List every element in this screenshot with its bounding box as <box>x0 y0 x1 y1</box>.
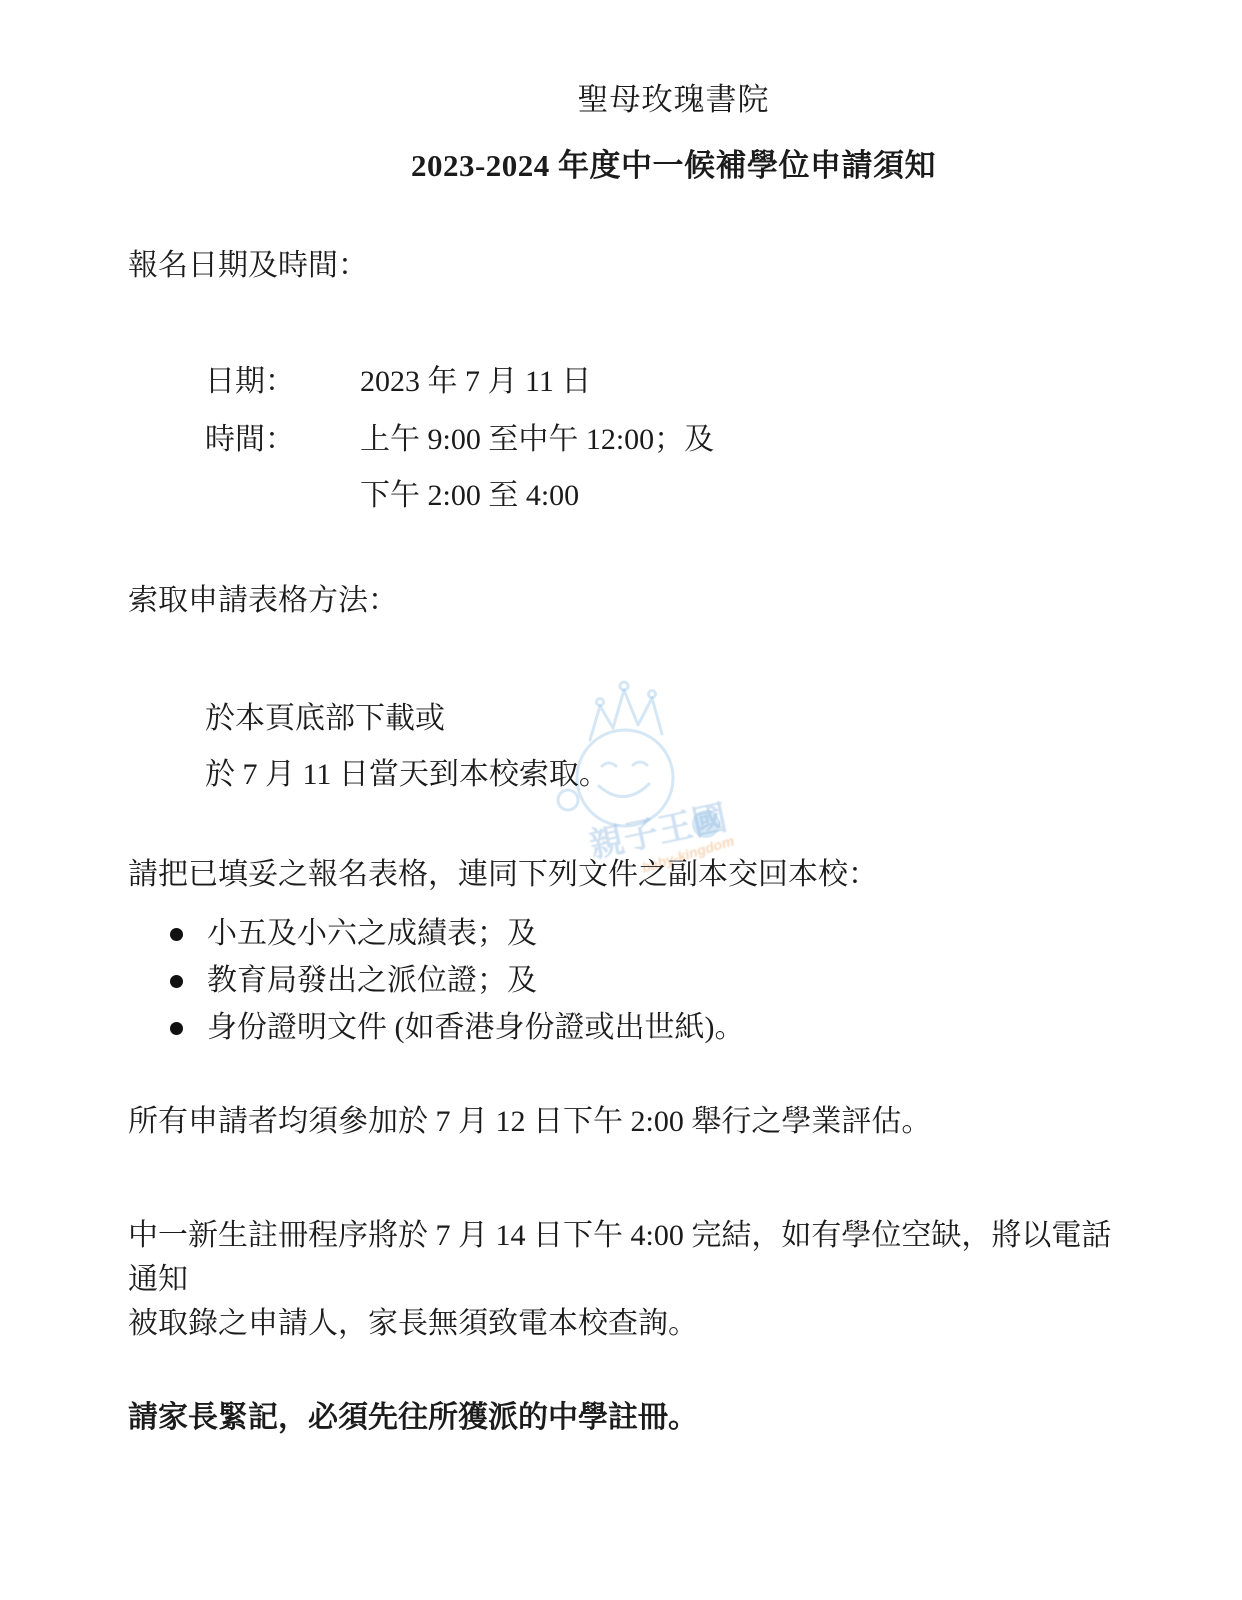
time-value-line2: 下午 2:00 至 4:00 <box>360 478 1117 514</box>
deadline-line2: 被取錄之申請人，家長無須致電本校查詢。 <box>128 1302 1117 1346</box>
documents-intro: 請把已填妥之報名表格，連同下列文件之副本交回本校： <box>128 857 1117 893</box>
form-method-download: 於本頁底部下載或 <box>205 701 1117 737</box>
title-block: 聖母玫瑰書院 2023-2024 年度中一候補學位申請須知 <box>128 80 1117 186</box>
date-value: 2023 年 7 月 11 日 <box>360 364 1117 400</box>
forms-heading: 索取申請表格方法： <box>128 583 1117 619</box>
notice-title: 2023-2024 年度中一候補學位申請須知 <box>230 146 1117 186</box>
deadline-paragraph: 中一新生註冊程序將於 7 月 14 日下午 4:00 完結，如有學位空缺，將以電… <box>128 1214 1117 1346</box>
date-row: 日期： 2023 年 7 月 11 日 <box>205 364 1117 400</box>
registration-heading: 報名日期及時間： <box>128 248 1117 284</box>
list-item: 小五及小六之成績表；及 <box>168 916 1117 952</box>
parent-reminder: 請家長緊記，必須先往所獲派的中學註冊。 <box>128 1400 1117 1436</box>
time-label: 時間： <box>205 422 360 458</box>
form-method-in-person: 於 7 月 11 日當天到本校索取。 <box>205 757 1117 793</box>
school-name: 聖母玫瑰書院 <box>230 80 1117 120</box>
document-page: 親子王國 baby-kingdom 聖母玫瑰書院 2023-2024 年度中一候… <box>0 0 1242 1600</box>
list-item: 身份證明文件 (如香港身份證或出世紙)。 <box>168 1010 1117 1046</box>
assessment-note: 所有申請者均須參加於 7 月 12 日下午 2:00 舉行之學業評估。 <box>128 1104 1117 1140</box>
time-row: 時間： 上午 9:00 至中午 12:00；及 <box>205 422 1117 458</box>
time-value-line1: 上午 9:00 至中午 12:00；及 <box>360 422 1117 458</box>
document-content: 聖母玫瑰書院 2023-2024 年度中一候補學位申請須知 報名日期及時間： 日… <box>0 0 1242 1436</box>
list-item: 教育局發出之派位證；及 <box>168 963 1117 999</box>
date-label: 日期： <box>205 364 360 400</box>
deadline-line1: 中一新生註冊程序將於 7 月 14 日下午 4:00 完結，如有學位空缺，將以電… <box>128 1214 1117 1302</box>
documents-list: 小五及小六之成績表；及 教育局發出之派位證；及 身份證明文件 (如香港身份證或出… <box>128 916 1117 1046</box>
